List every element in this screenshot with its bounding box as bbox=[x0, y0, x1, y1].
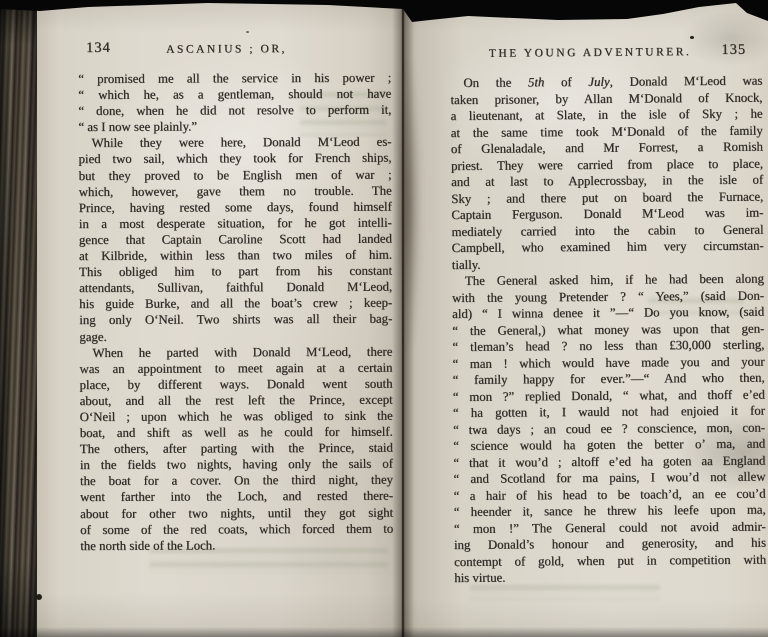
text-line: ing Donald’s honour and generosity, and … bbox=[454, 535, 766, 554]
text-line: the north side of the Loch. bbox=[80, 536, 393, 553]
left-page-text-column: 134 ASCANIUS ; OR, “ promised me all the… bbox=[78, 39, 393, 554]
text-line: “ tleman’s head ? no less than £30,000 s… bbox=[452, 337, 764, 356]
text-line: gage. bbox=[79, 327, 392, 344]
text-line: boat, and shift as well as he could for … bbox=[80, 424, 393, 441]
text-line: ald) “ I winna denee it ”—“ Do you know,… bbox=[452, 304, 764, 323]
gutter-shadow bbox=[396, 55, 422, 355]
text-line: This obliged him to part from his consta… bbox=[79, 263, 392, 280]
ink-speck bbox=[690, 36, 694, 39]
text-line: While they were here, Donald M‘Leod es- bbox=[78, 134, 391, 151]
paragraph: When he parted with Donald M‘Leod, there… bbox=[79, 343, 393, 554]
book-spread-photo: 134 ASCANIUS ; OR, “ promised me all the… bbox=[0, 0, 768, 637]
text-line: about, and all the rest left the Prince,… bbox=[80, 392, 393, 409]
text-line: in a most desperate situation, for he go… bbox=[79, 214, 392, 231]
text-line: “ and Scotland for ma pains, I wou’d not… bbox=[453, 469, 765, 488]
text-line: a lieutenant, at Slate, in the isle of S… bbox=[451, 106, 763, 125]
text-line: his virtue. bbox=[454, 568, 766, 587]
paragraph: “ promised me all the service in his pow… bbox=[78, 70, 391, 136]
text-line: On the 5th of July, Donald M‘Leod was bbox=[450, 73, 762, 92]
text-line: “ promised me all the service in his pow… bbox=[78, 70, 391, 87]
text-line: O‘Neil ; upon which he was obliged to si… bbox=[80, 408, 393, 425]
text-line: about for other two nights, until they g… bbox=[80, 504, 393, 521]
book-fore-edge bbox=[0, 0, 37, 637]
text-line: Captain Ferguson. Donald M‘Leod was im- bbox=[451, 205, 763, 224]
paragraph: While they were here, Donald M‘Leod es-p… bbox=[78, 134, 392, 345]
bleed-through-text bbox=[470, 585, 660, 600]
text-line: pied two sail, which they took for Frenc… bbox=[78, 150, 391, 167]
paragraph: On the 5th of July, Donald M‘Leod wastak… bbox=[450, 73, 764, 273]
text-line: of some of the red coats, which forced t… bbox=[80, 520, 393, 537]
page-number: 135 bbox=[721, 42, 746, 59]
text-line: which, however, gave them no trouble. Th… bbox=[79, 182, 392, 199]
text-line: “ ha gotten it, I wauld not had enjoied … bbox=[453, 403, 765, 422]
text-line: “ done, when he did not resolve to perfo… bbox=[78, 102, 391, 119]
text-line: attendants, Sullivan, faithful Donald M‘… bbox=[79, 279, 392, 296]
text-line: “ family happy for ever.”—“ And who then… bbox=[453, 370, 765, 389]
text-line: was an appointment to meet again at a ce… bbox=[79, 359, 392, 376]
paragraph: The General asked him, if he had been al… bbox=[452, 271, 766, 587]
running-header: ASCANIUS ; OR, bbox=[70, 43, 383, 56]
text-line: gence that Captain Caroline Scott had la… bbox=[79, 231, 392, 248]
text-line: “ heender it, sance he threw his leefe u… bbox=[454, 502, 766, 521]
text-line: contempt of gold, when put in competitio… bbox=[454, 551, 766, 570]
text-line: ing only O‘Neil. Two shirts was all thei… bbox=[79, 311, 392, 328]
text-line: in the fields two nights, having only th… bbox=[80, 456, 393, 473]
text-line: Prince, having rested some days, found h… bbox=[79, 198, 392, 215]
running-header: THE YOUNG ADVENTURER. bbox=[434, 46, 746, 60]
text-line: “ as I now see plainly.” bbox=[78, 118, 391, 135]
text-line: place, by different ways. Donald went so… bbox=[79, 375, 392, 392]
text-line: the boat for a cover. On the third night… bbox=[80, 472, 393, 489]
ink-speck bbox=[36, 594, 42, 600]
text-line: The General asked him, if he had been al… bbox=[452, 271, 764, 290]
text-line: at Kilbride, within less than two miles … bbox=[79, 247, 392, 264]
text-line: “ which he, as a gentleman, should not h… bbox=[78, 86, 391, 103]
text-line: Campbell, who examined him very circumst… bbox=[452, 238, 764, 257]
left-page-body-text: “ promised me all the service in his pow… bbox=[78, 70, 393, 554]
ink-speck bbox=[246, 31, 249, 33]
left-running-header-row: 134 ASCANIUS ; OR, bbox=[78, 39, 391, 64]
text-line: but they proved to be English men of war… bbox=[79, 166, 392, 183]
right-running-header-row: THE YOUNG ADVENTURER. 135 bbox=[450, 42, 762, 68]
text-line: his guide Burke, and all the boat’s crew… bbox=[79, 295, 392, 312]
text-line: “ science would ha goten the better o’ m… bbox=[453, 436, 765, 455]
text-line: went farther into the Loch, and rested t… bbox=[80, 488, 393, 505]
text-line: of Glenaladale, and Mr Forrest, a Romish bbox=[451, 139, 763, 158]
photo-background-bottom bbox=[0, 627, 768, 637]
right-page-body-text: On the 5th of July, Donald M‘Leod wastak… bbox=[450, 73, 766, 587]
right-page-text-column: THE YOUNG ADVENTURER. 135 On the 5th of … bbox=[450, 42, 766, 587]
text-line: and at last to Applecrossbay, in the isl… bbox=[451, 172, 763, 191]
text-line: When he parted with Donald M‘Leod, there bbox=[79, 343, 392, 360]
text-line: The others, after parting with the Princ… bbox=[80, 440, 393, 457]
